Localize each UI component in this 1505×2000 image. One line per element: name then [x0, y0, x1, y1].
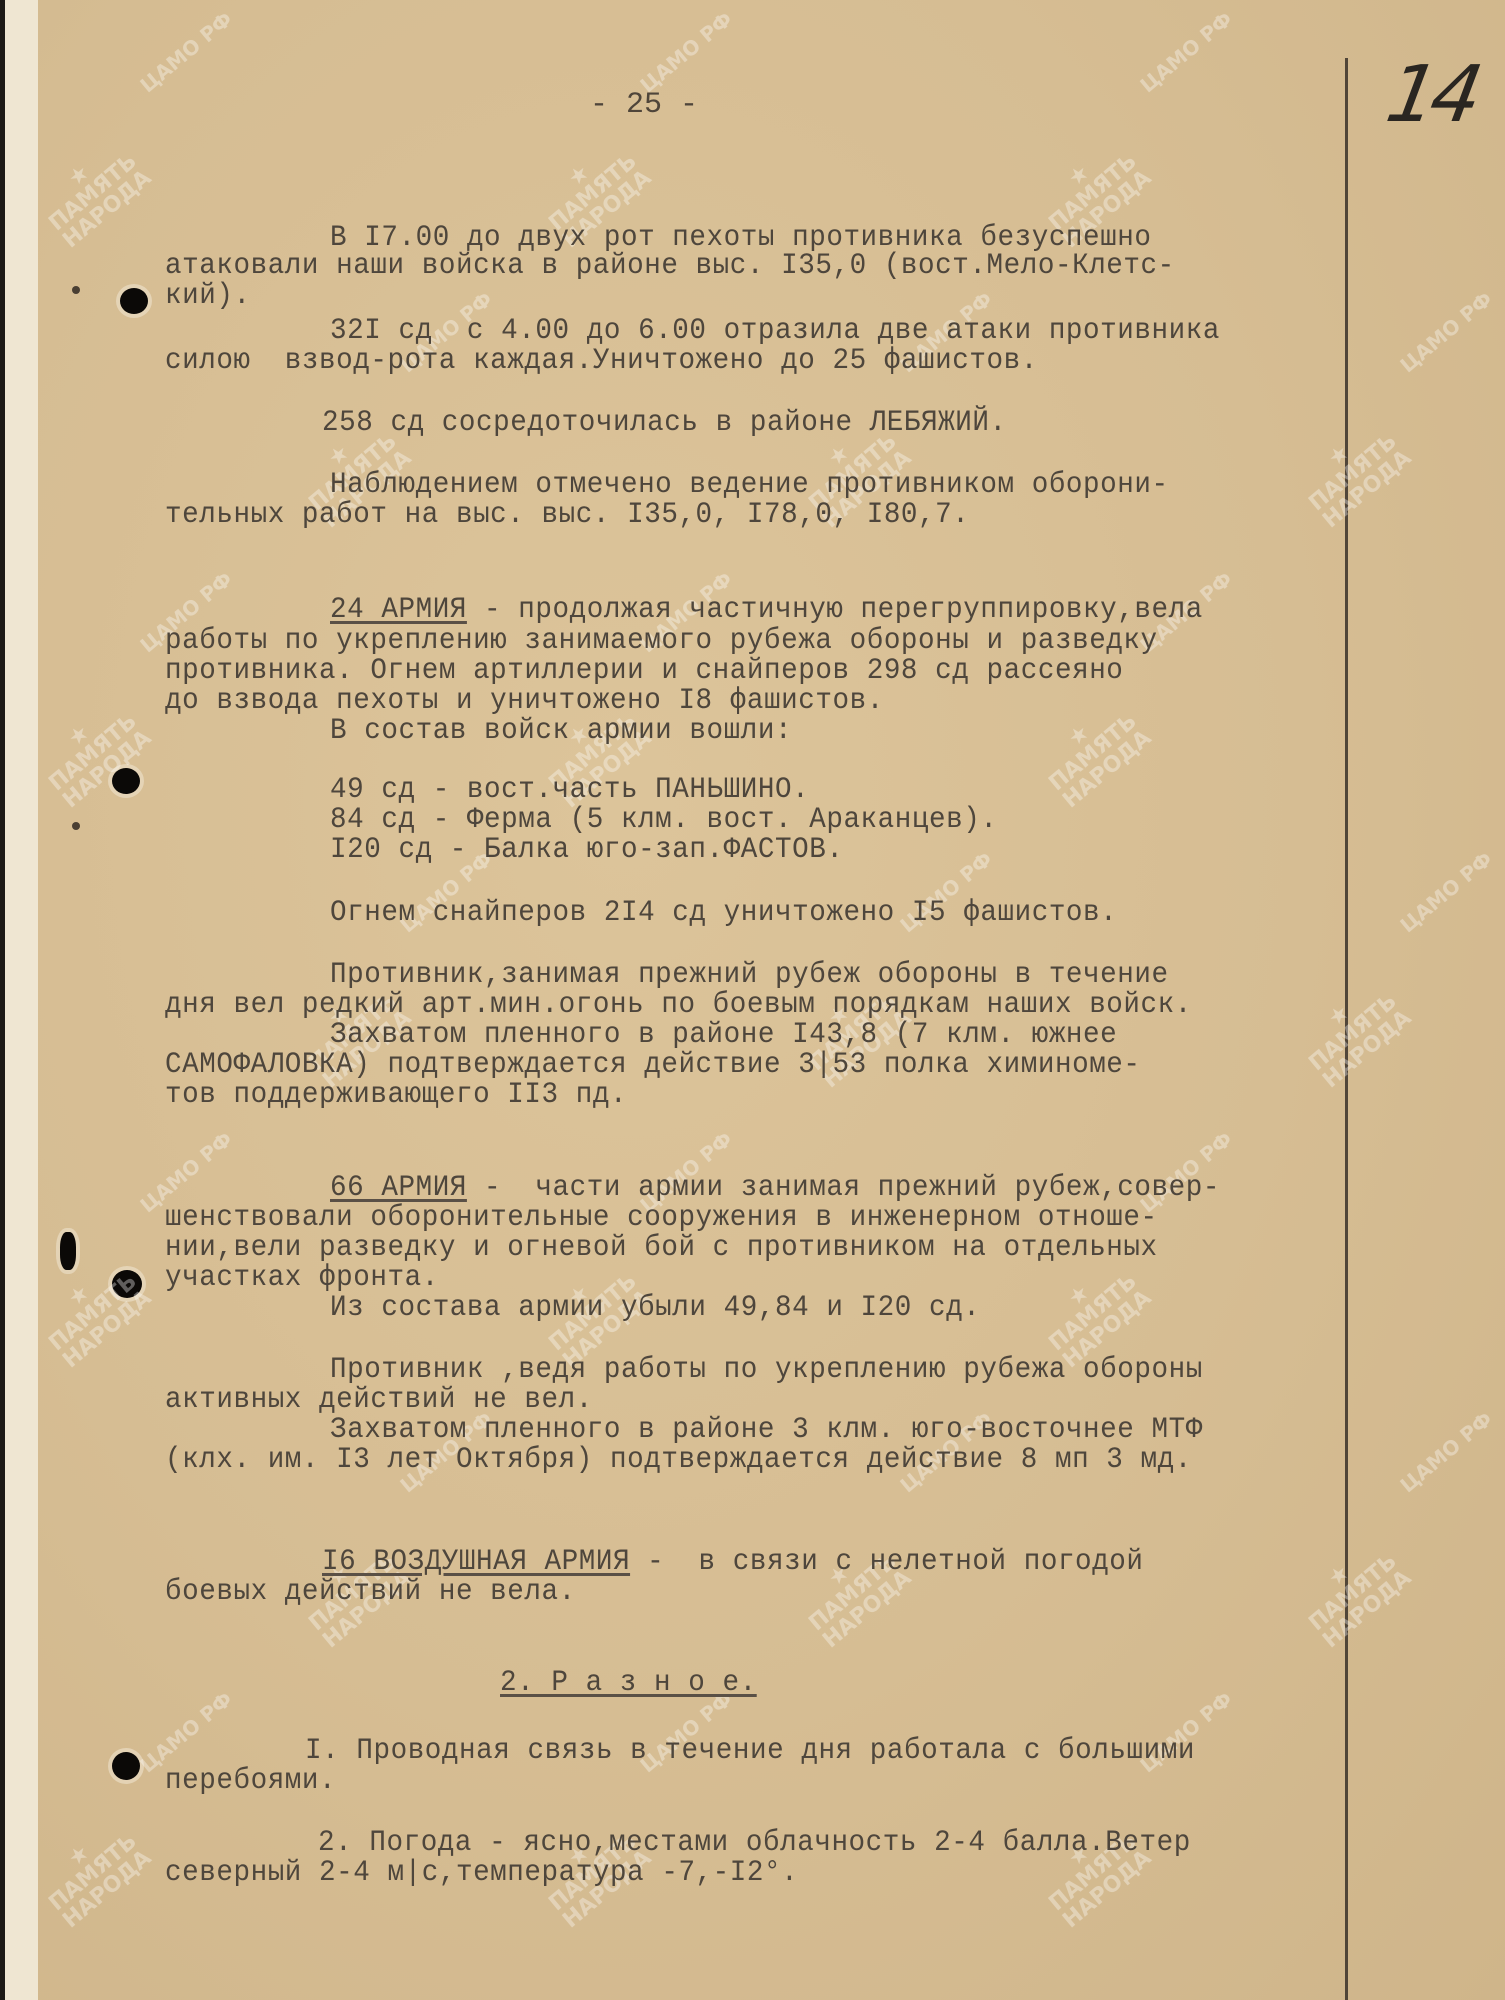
text-segment: - продолжая частичную перегруппировку,ве… [467, 593, 1203, 627]
section-heading: 24 АРМИЯ [330, 593, 467, 627]
text-line: Противник,занимая прежний рубеж обороны … [330, 959, 1169, 991]
text-segment: - части армии занимая прежний рубеж,сове… [467, 1171, 1220, 1205]
text-line: 84 сд - Ферма (5 клм. вост. Араканцев). [330, 804, 997, 836]
pin-hole [72, 286, 80, 294]
text-line: Наблюдением отмечено ведение противником… [330, 469, 1169, 501]
punch-hole [112, 1752, 140, 1780]
text-line: активных действий не вел. [165, 1384, 593, 1416]
text-line: 2. Р а з н о е. [500, 1667, 757, 1699]
text-line: 24 АРМИЯ - продолжая частичную перегрупп… [330, 594, 1203, 626]
text-line: работы по укреплению занимаемого рубежа … [165, 625, 1158, 657]
text-line: I20 сд - Балка юго-зап.ФАСТОВ. [330, 834, 843, 866]
text-line: тельных работ на выс. выс. I35,0, I78,0,… [165, 499, 969, 531]
text-line: атаковали наши войска в районе выс. I35,… [165, 250, 1175, 282]
page-number: - 25 - [590, 88, 698, 122]
text-line: боевых действий не вела. [165, 1576, 576, 1608]
text-line: северный 2-4 м|с,температура -7,-I2°. [165, 1857, 798, 1889]
margin-rule [1345, 58, 1348, 2000]
folio-number: 14 [1380, 50, 1483, 140]
text-line: до взвода пехоты и уничтожено I8 фашисто… [165, 685, 884, 717]
punch-hole [112, 768, 140, 794]
text-line: шенствовали оборонительные сооружения в … [165, 1202, 1158, 1234]
text-line: Захватом пленного в районе I43,8 (7 клм.… [330, 1019, 1117, 1051]
text-line: противника. Огнем артиллерии и снайперов… [165, 655, 1123, 687]
text-line: I. Проводная связь в течение дня работал… [305, 1735, 1195, 1767]
section-heading: 2. Р а з н о е. [500, 1666, 757, 1700]
text-line: (клх. им. I3 лет Октября) подтверждается… [165, 1444, 1192, 1476]
pin-hole [72, 822, 80, 830]
punch-hole [120, 288, 148, 314]
scan-white-strip [5, 0, 38, 2000]
text-line: Из состава армии убыли 49,84 и I20 сд. [330, 1292, 980, 1324]
text-line: участках фронта. [165, 1262, 439, 1294]
text-line: 2. Погода - ясно,местами облачность 2-4 … [318, 1827, 1191, 1859]
text-line: I6 ВОЗДУШНАЯ АРМИЯ - в связи с нелетной … [322, 1546, 1144, 1578]
text-line: дня вел редкий арт.мин.огонь по боевым п… [165, 989, 1192, 1021]
text-line: Захватом пленного в районе 3 клм. юго-во… [330, 1414, 1203, 1446]
text-line: кий). [165, 280, 251, 312]
text-line: тов поддерживающего II3 пд. [165, 1079, 627, 1111]
text-line: силою взвод-рота каждая.Уничтожено до 25… [165, 345, 1038, 377]
text-line: нии,вели разведку и огневой бой с против… [165, 1232, 1158, 1264]
text-line: 49 сд - вост.часть ПАНЬШИНО. [330, 774, 809, 806]
text-line: перебоями. [165, 1765, 336, 1797]
punch-hole [112, 1270, 142, 1298]
text-line: 32I сд с 4.00 до 6.00 отразила две атаки… [330, 315, 1220, 347]
text-line: Противник ,ведя работы по укреплению руб… [330, 1354, 1203, 1386]
text-line: 66 АРМИЯ - части армии занимая прежний р… [330, 1172, 1220, 1204]
punch-hole [60, 1232, 76, 1270]
text-line: 258 сд сосредоточилась в районе ЛЕБЯЖИЙ. [322, 407, 1007, 439]
text-segment: - в связи с нелетной погодой [630, 1545, 1143, 1579]
text-line: САМОФАЛОВКА) подтверждается действие 3|5… [165, 1049, 1141, 1081]
section-heading: 66 АРМИЯ [330, 1171, 467, 1205]
section-heading: I6 ВОЗДУШНАЯ АРМИЯ [322, 1545, 630, 1579]
text-line: Огнем снайперов 2I4 сд уничтожено I5 фаш… [330, 897, 1117, 929]
text-line: В состав войск армии вошли: [330, 715, 792, 747]
